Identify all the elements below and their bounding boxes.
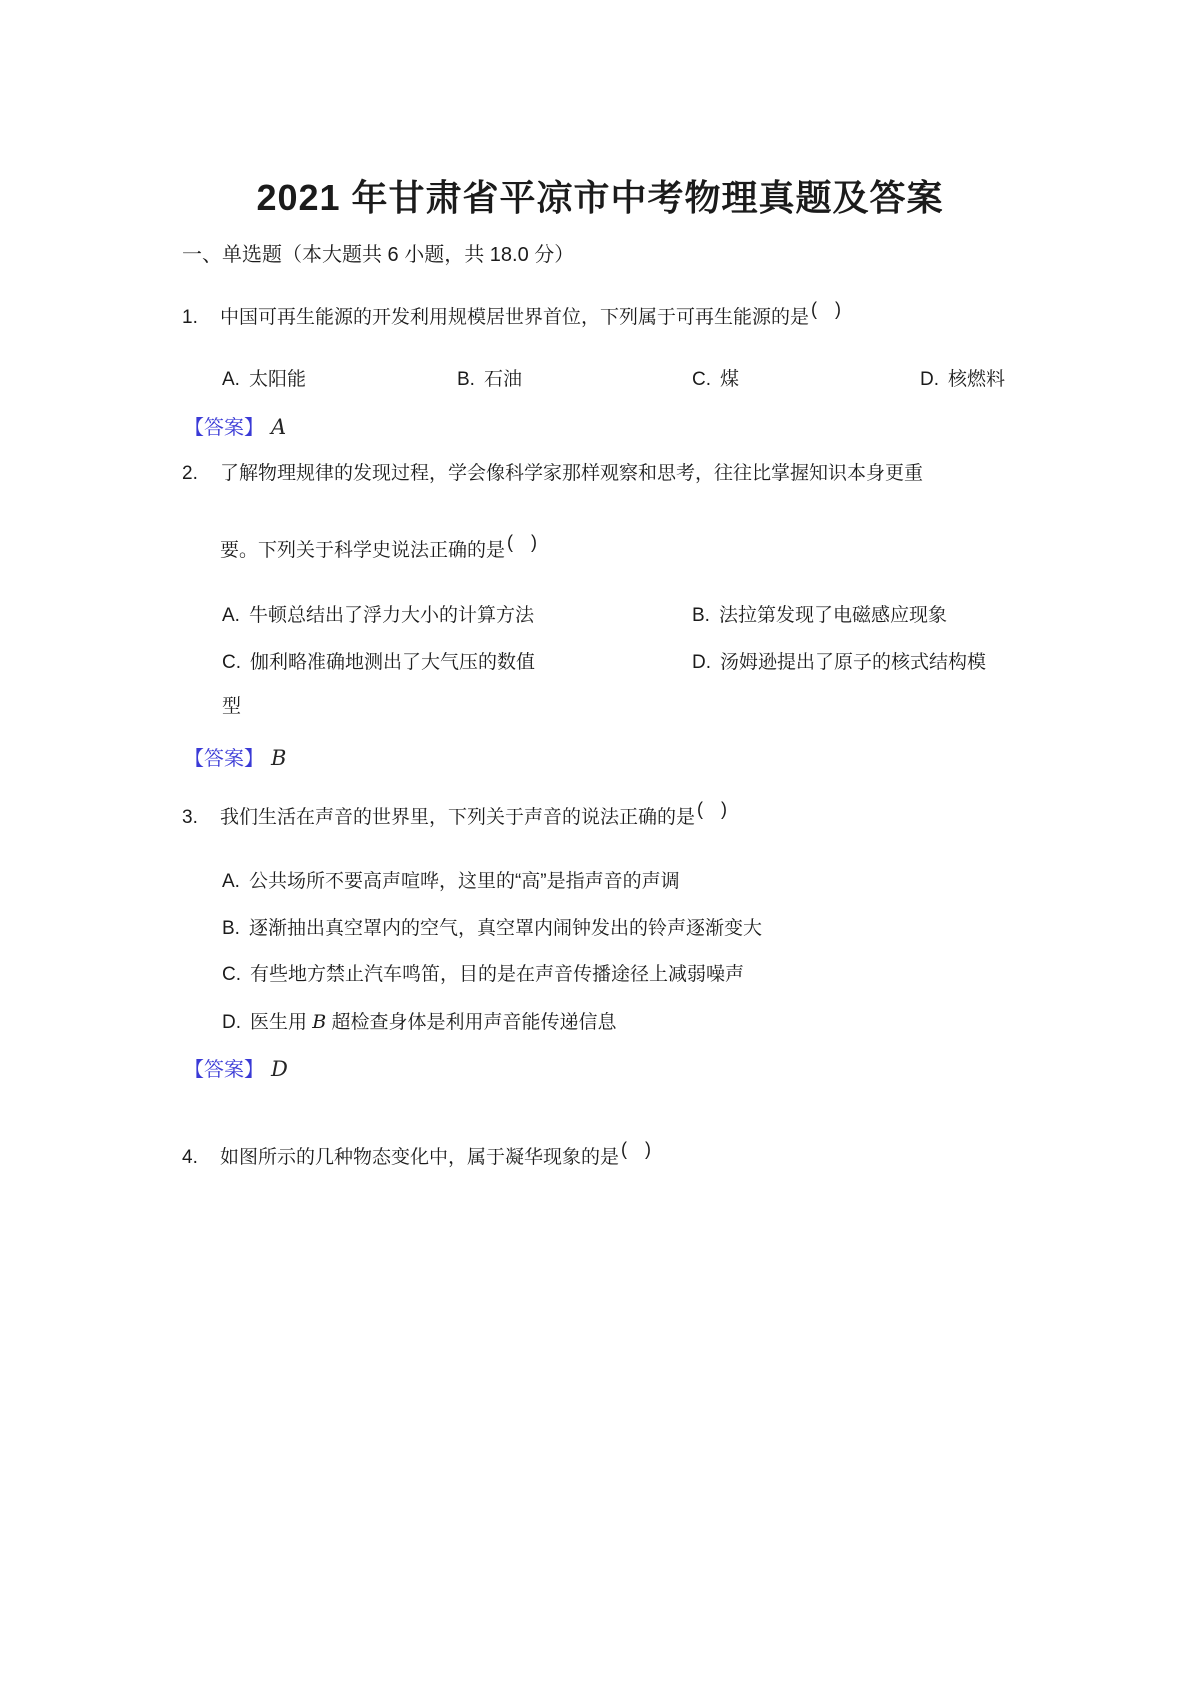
question-1-option-b: B.石油 bbox=[457, 368, 522, 393]
question-2-number: 2. bbox=[182, 462, 198, 487]
answer-3: 【答案】D bbox=[184, 1056, 288, 1083]
question-3-option-b: B.逐渐抽出真空罩内的空气，真空罩内闹钟发出的铃声逐渐变大 bbox=[222, 917, 762, 942]
question-2-answer-blank: ( ) bbox=[507, 532, 537, 552]
question-1-number: 1. bbox=[182, 306, 198, 331]
question-4-number: 4. bbox=[182, 1146, 198, 1171]
answer-2: 【答案】B bbox=[184, 745, 286, 772]
option-c-label: C. bbox=[222, 651, 241, 676]
question-2-stem-line1: 了解物理规律的发现过程，学会像科学家那样观察和思考，往往比掌握知识本身更重 bbox=[220, 462, 923, 487]
option-d-text-prefix: 医生用 bbox=[250, 1012, 312, 1033]
answer-3-letter: D bbox=[271, 1057, 288, 1081]
question-1-option-a: A.太阳能 bbox=[222, 368, 306, 393]
option-a-text: 太阳能 bbox=[249, 369, 306, 390]
option-b-label: B. bbox=[457, 368, 475, 393]
option-a-label: A. bbox=[222, 870, 240, 895]
option-c-label: C. bbox=[692, 368, 711, 393]
option-c-text: 煤 bbox=[720, 369, 739, 390]
question-2-option-b: B.法拉第发现了电磁感应现象 bbox=[692, 604, 947, 629]
page-title: 2021 年甘肃省平凉市中考物理真题及答案 bbox=[0, 170, 1200, 221]
option-a-label: A. bbox=[222, 368, 240, 393]
option-d-italic-b: B bbox=[312, 1011, 326, 1033]
question-1-option-d: D.核燃料 bbox=[920, 368, 1005, 393]
option-a-text: 公共场所不要高声喧哗，这里的“高”是指声音的声调 bbox=[249, 871, 680, 892]
question-2-option-d: D.汤姆逊提出了原子的核式结构模 bbox=[692, 651, 986, 676]
question-1-answer-blank: ( ) bbox=[811, 299, 841, 319]
option-d-text: 核燃料 bbox=[948, 369, 1005, 390]
question-3-stem: 我们生活在声音的世界里，下列关于声音的说法正确的是( ) bbox=[220, 806, 727, 831]
question-3-option-c: C.有些地方禁止汽车鸣笛，目的是在声音传播途径上减弱噪声 bbox=[222, 963, 744, 988]
option-d-label: D. bbox=[692, 651, 711, 676]
option-a-label: A. bbox=[222, 604, 240, 629]
option-c-text: 伽利略准确地测出了大气压的数值 bbox=[250, 652, 535, 673]
question-2-stem-line2: 要。下列关于科学史说法正确的是( ) bbox=[220, 539, 537, 564]
option-d-label: D. bbox=[222, 1011, 241, 1036]
option-c-text: 有些地方禁止汽车鸣笛，目的是在声音传播途径上减弱噪声 bbox=[250, 964, 744, 985]
option-b-label: B. bbox=[222, 917, 240, 942]
answer-2-letter: B bbox=[271, 746, 286, 770]
question-2-option-a: A.牛顿总结出了浮力大小的计算方法 bbox=[222, 604, 534, 629]
question-4-answer-blank: ( ) bbox=[621, 1139, 651, 1159]
option-d-text: 汤姆逊提出了原子的核式结构模 bbox=[720, 652, 986, 673]
answer-3-label: 【答案】 bbox=[184, 1059, 264, 1081]
option-c-label: C. bbox=[222, 963, 241, 988]
answer-1-label: 【答案】 bbox=[184, 417, 264, 439]
question-3-option-a: A.公共场所不要高声喧哗，这里的“高”是指声音的声调 bbox=[222, 870, 680, 895]
question-3-answer-blank: ( ) bbox=[697, 799, 727, 819]
section-header: 一、单选题（本大题共 6 小题，共 18.0 分） bbox=[182, 242, 574, 268]
question-4-stem-text: 如图所示的几种物态变化中，属于凝华现象的是 bbox=[220, 1147, 619, 1168]
question-3-number: 3. bbox=[182, 806, 198, 831]
question-3-option-d: D.医生用 B 超检查身体是利用声音能传递信息 bbox=[222, 1010, 617, 1036]
option-b-text: 逐渐抽出真空罩内的空气，真空罩内闹钟发出的铃声逐渐变大 bbox=[249, 918, 762, 939]
question-2-option-c: C.伽利略准确地测出了大气压的数值 bbox=[222, 651, 535, 676]
option-b-text: 法拉第发现了电磁感应现象 bbox=[719, 605, 947, 626]
question-2-option-d-overflow: 型 bbox=[222, 695, 241, 720]
exam-document-page: 2021 年甘肃省平凉市中考物理真题及答案 一、单选题（本大题共 6 小题，共 … bbox=[0, 0, 1200, 1696]
question-1-stem-text: 中国可再生能源的开发利用规模居世界首位，下列属于可再生能源的是 bbox=[220, 307, 809, 328]
answer-2-label: 【答案】 bbox=[184, 748, 264, 770]
question-3-stem-text: 我们生活在声音的世界里，下列关于声音的说法正确的是 bbox=[220, 807, 695, 828]
option-b-text: 石油 bbox=[484, 369, 522, 390]
question-1-option-c: C.煤 bbox=[692, 368, 739, 393]
option-d-label: D. bbox=[920, 368, 939, 393]
option-b-label: B. bbox=[692, 604, 710, 629]
option-d-text-suffix: 超检查身体是利用声音能传递信息 bbox=[326, 1012, 616, 1033]
question-2-stem-text: 要。下列关于科学史说法正确的是 bbox=[220, 540, 505, 561]
question-1-stem: 中国可再生能源的开发利用规模居世界首位，下列属于可再生能源的是( ) bbox=[220, 306, 841, 331]
question-4-stem: 如图所示的几种物态变化中，属于凝华现象的是( ) bbox=[220, 1146, 651, 1171]
answer-1-letter: A bbox=[271, 415, 286, 439]
answer-1: 【答案】A bbox=[184, 414, 286, 441]
option-a-text: 牛顿总结出了浮力大小的计算方法 bbox=[249, 605, 534, 626]
